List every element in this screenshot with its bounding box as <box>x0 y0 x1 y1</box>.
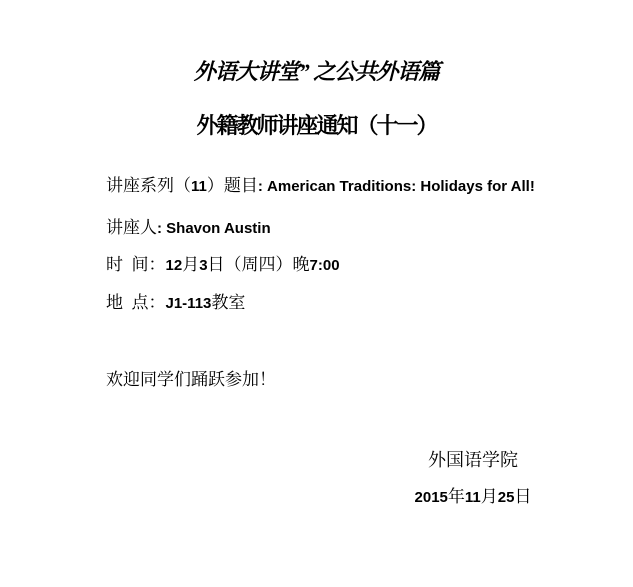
lecture-speaker-line: 讲座人: Shavon Austin <box>106 218 271 238</box>
text-run: 讲座人 <box>106 218 157 237</box>
text-run: ）题目 <box>207 176 258 195</box>
text-run: 日 <box>514 487 531 506</box>
text-run: : Shavon Austin <box>157 220 271 237</box>
text-run: 3 <box>199 257 207 274</box>
lecture-place-line: 地 点：J1-113教室 <box>106 293 245 313</box>
text-run: 月 <box>182 255 199 274</box>
signature-organization: 外国语学院 <box>398 450 548 472</box>
page-subtitle: 外籍教师讲座通知（十一） <box>0 114 633 138</box>
text-run: 7:00 <box>310 257 340 274</box>
text-run: 教室 <box>211 293 245 312</box>
text-run: 25 <box>498 489 515 506</box>
welcome-line: 欢迎同学们踊跃参加！ <box>106 370 276 390</box>
text-run: 地 点： <box>106 293 166 312</box>
text-run: 12 <box>166 257 183 274</box>
text-run: 时 间： <box>106 255 166 274</box>
text-run: 2015 <box>415 489 448 506</box>
text-run: 日（周四）晚 <box>208 255 310 274</box>
text-run: 讲座系列（ <box>106 176 191 195</box>
lecture-series-title-line: 讲座系列（11）题目: American Traditions: Holiday… <box>106 176 535 196</box>
text-run: 11 <box>191 178 207 195</box>
text-run: 年 <box>448 487 465 506</box>
page-title: 外语大讲堂” 之公共外语篇 <box>0 60 633 84</box>
document-page: 外语大讲堂” 之公共外语篇 外籍教师讲座通知（十一） 讲座系列（11）题目: A… <box>0 0 633 587</box>
text-run: 月 <box>481 487 498 506</box>
text-run: : American Traditions: Holidays for All! <box>258 178 535 195</box>
lecture-time-line: 时 间：12月3日（周四）晚7:00 <box>106 255 340 275</box>
text-run: J1-113 <box>166 295 212 312</box>
text-run: 11 <box>465 489 481 506</box>
signature-date: 2015年11月25日 <box>398 487 548 507</box>
